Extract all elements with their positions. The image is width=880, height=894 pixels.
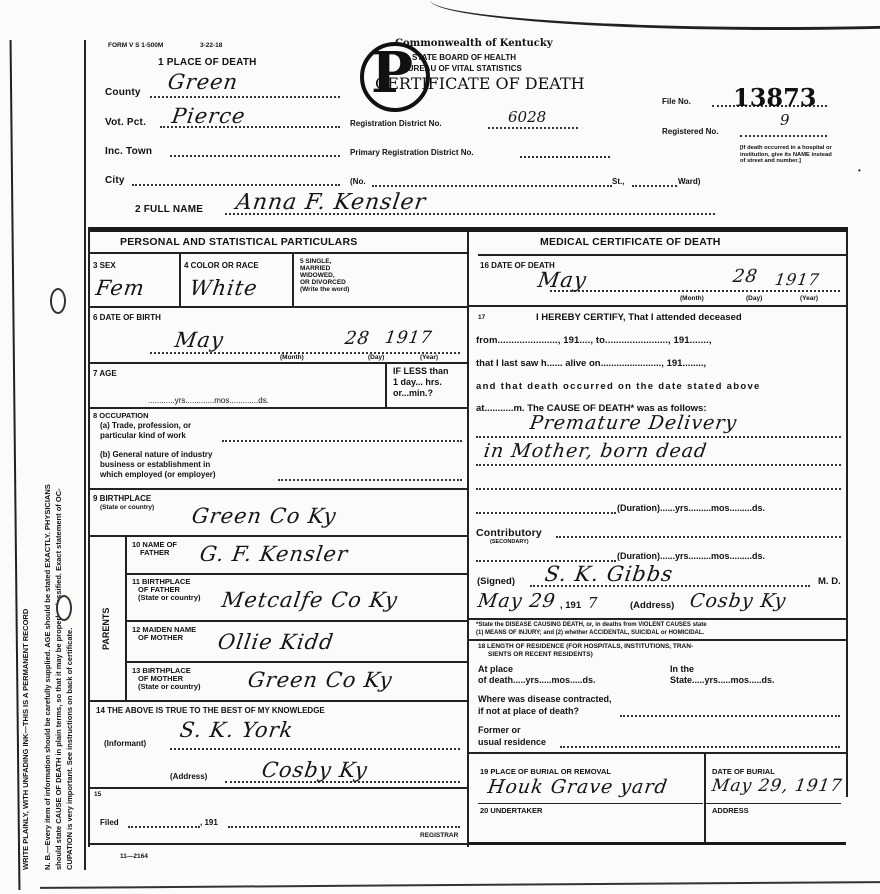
less-than-day: IF LESS than 1 day... hrs. or...min.? [393,366,449,399]
cell-divider [385,362,387,407]
dod-month[interactable]: May [536,268,588,292]
dob-line [150,352,460,354]
dob-day[interactable]: 28 [344,328,372,349]
signed-label: (Signed) [477,576,515,587]
month-label: (Month) [280,354,304,361]
commonwealth: Commonwealth of Kentucky [395,38,553,49]
divider [90,306,467,308]
dob-month[interactable]: May [173,328,225,352]
divider [90,362,467,364]
occupation-b-line [278,479,462,481]
stamp-letter: P [371,40,413,106]
birthplace-value[interactable]: Green Co Ky [190,504,338,528]
margin-rule [84,40,86,870]
county-line [150,96,340,98]
left-border [88,227,90,847]
margin-instruction-4: CUPATION is very important. See instruct… [66,628,73,870]
file-no-value[interactable]: 13873 [733,83,817,112]
dob-year[interactable]: 1917 [384,328,434,348]
label-line: (State or country) [132,594,201,602]
contracted-2: if not at place of death? [478,706,579,716]
footnote-1: *State the DISEASE CAUSING DEATH, or, in… [476,622,707,629]
duration-line [476,512,616,514]
contracted-line [620,715,840,717]
age-label: 7 AGE [93,369,117,378]
margin-mark: • [858,166,861,175]
divider [90,787,467,789]
margin-instruction-3: should state CAUSE OF DEATH in plain ter… [55,488,62,870]
color-value[interactable]: White [188,276,259,300]
sex-value[interactable]: Fem [94,276,146,300]
st-label: St., [612,177,624,186]
registrar-label: REGISTRAR [420,832,458,839]
form-date: 3-22-18 [200,42,222,49]
certify-text: I HEREBY CERTIFY, That I attended deceas… [536,312,742,323]
occupation-a-line [222,440,462,442]
signed-value[interactable]: S. K. Gibbs [543,562,675,586]
place-of-death-label: 1 PLACE OF DEATH [158,57,257,68]
certify-number: 17 [478,314,485,321]
former-1: Former or [478,725,521,735]
signed-year: , 191 [560,600,581,611]
less-than-line: 1 day... hrs. [393,377,449,388]
ward-line [632,185,677,187]
primary-registration-label: Primary Registration District No. [350,148,474,157]
no-label: (No. [350,177,366,186]
undertaker-address-label: ADDRESS [712,807,749,814]
burial-date-label: DATE OF BURIAL [712,768,775,775]
margin-rule [10,40,21,890]
less-than-line: IF LESS than [393,366,449,377]
informant-line [170,748,460,750]
informant-label: (Informant) [104,739,146,748]
marital-line: WIDOWED, [300,272,349,279]
burial-value[interactable]: Houk Grave yard [486,776,669,798]
mother-maiden-value[interactable]: Ollie Kidd [216,630,335,654]
occupation-b: (b) General nature of industry business … [100,450,216,480]
item-15: 15 [94,791,101,798]
vot-pct-value[interactable]: Pierce [170,104,247,128]
last-saw-line: that I last saw h...... alive on........… [476,358,706,369]
md-label: M. D. [818,576,841,587]
registered-no-line [740,135,827,137]
divider [90,407,467,409]
footnote-2: (1) MEANS OF INJURY; and (2) whether ACC… [476,630,704,637]
registered-no-label: Registered No. [662,127,718,136]
former-2: usual residence [478,737,546,747]
right-border [846,232,848,797]
father-name-value[interactable]: G. F. Kensler [198,542,349,566]
informant-value[interactable]: S. K. York [178,718,295,742]
margin-instruction-1: WRITE PLAINLY, WITH UNFADING INK—THIS IS… [22,609,29,870]
divider [90,535,467,537]
age-units: ............yrs.............mos.........… [148,396,269,405]
birthplace-sub: (State or country) [100,504,154,511]
mother-birthplace-label: 13 BIRTHPLACE OF MOTHER (State or countr… [132,667,201,691]
registered-no-value[interactable]: 9 [780,111,790,129]
personal-section-title: PERSONAL AND STATISTICAL PARTICULARS [120,236,357,248]
residence-heading-1: 18 LENGTH OF RESIDENCE (FOR HOSPITALS, I… [478,643,693,650]
vot-pct-label: Vot. Pct. [105,117,146,128]
divider [468,305,846,307]
cell-divider [704,752,706,842]
undertaker-label: 20 UNDERTAKER [480,807,542,814]
duration-1: (Duration)......yrs.........mos.........… [617,503,765,513]
divider [90,488,467,490]
sex-label: 3 SEX [93,261,116,270]
cell-divider [125,535,127,700]
medical-address-label: (Address) [630,600,674,611]
informant-heading: 14 THE ABOVE IS TRUE TO THE BEST OF MY K… [96,706,325,715]
inc-town-line [170,155,340,157]
from-line: from......................, 191...., to.… [476,335,712,346]
occupation-b-line: which employed (or employer) [100,470,216,480]
cause-line-2 [476,464,841,466]
county-value[interactable]: Green [166,70,240,94]
contracted-1: Where was disease contracted, [478,694,612,704]
registration-district-value[interactable]: 6028 [508,108,546,126]
medical-section-title: MEDICAL CERTIFICATE OF DEATH [540,236,721,248]
dod-line [550,290,840,292]
dod-year-label: (Year) [800,295,818,302]
divider [478,803,703,804]
marital-line: 5 SINGLE, [300,258,349,265]
divider [468,618,846,620]
file-no-label: File No. [662,97,691,106]
day-label: (Day) [368,354,384,361]
ward-label: Ward) [678,177,700,186]
birthplace-label: 9 BIRTHPLACE [93,494,151,503]
father-birthplace-label: 11 BIRTHPLACE OF FATHER (State or countr… [132,578,201,602]
mother-birthplace-value[interactable]: Green Co Ky [246,668,394,692]
divider [126,661,467,663]
contributory-line [556,536,841,538]
label-line: OF MOTHER [132,634,196,642]
cause-line-3 [476,488,841,490]
occupation-b-line: (b) General nature of industry [100,450,216,460]
dob-label: 6 DATE OF BIRTH [93,313,161,322]
punch-hole [56,595,72,621]
paper-edge-bottom [40,881,880,889]
burial-date-value[interactable]: May 29, 1917 [711,776,844,796]
county-label: County [105,87,141,98]
divider [90,700,467,702]
bureau: BUREAU OF VITAL STATISTICS [402,64,522,73]
medical-address-value[interactable]: Cosby Ky [688,590,787,612]
occupation-label: 8 OCCUPATION [93,412,149,419]
form-number: FORM V S 1-500M [108,42,163,49]
less-than-line: or...min.? [393,388,449,399]
cell-divider [179,254,181,306]
death-certificate: WRITE PLAINLY, WITH UNFADING INK—THIS IS… [0,0,880,894]
dod-year[interactable]: 1917 [774,270,821,289]
occurred-line: and that death occurred on the date stat… [476,381,761,392]
divider [90,843,467,845]
certificate-title: CERTIFICATE OF DEATH [375,74,585,93]
full-name-value[interactable]: Anna F. Kensler [234,190,428,215]
filed-line [128,826,200,828]
cause-value-2[interactable]: in Mother, born dead [482,440,708,462]
divider [478,254,846,256]
hospital-note: [If death occurred in a hospital or inst… [740,145,832,165]
label-line: (State or country) [132,683,201,691]
at-place: At place [478,664,513,674]
color-label: 4 COLOR OR RACE [184,261,259,270]
street-line [372,185,612,187]
cause-value-1[interactable]: Premature Delivery [528,412,738,434]
paper-edge [430,0,880,30]
center-divider [467,232,469,847]
divider [126,573,467,575]
signed-year-suffix[interactable]: 7 [588,594,598,612]
duration-2: (Duration)......yrs.........mos.........… [617,551,765,561]
marital-line: MARRIED [300,265,349,272]
divider [706,803,841,804]
dod-day-label: (Day) [746,295,762,302]
father-birthplace-value[interactable]: Metcalfe Co Ky [220,588,399,612]
label-line: FATHER [132,549,177,557]
in-the: In the [670,664,694,674]
punch-hole [50,288,66,314]
registration-district-line [488,127,578,129]
year-label: (Year) [420,354,438,361]
burial-label: 19 PLACE OF BURIAL OR REMOVAL [480,768,611,775]
dod-month-label: (Month) [680,295,704,302]
city-line [132,184,340,186]
divider [90,252,467,254]
registrar-line [228,826,460,828]
state-residence: State.....yrs.....mos.....ds. [670,675,775,685]
marital-line: (Write the word) [300,286,349,293]
mother-maiden-label: 12 MAIDEN NAME OF MOTHER [132,626,196,642]
father-name-label: 10 NAME OF FATHER [132,541,177,557]
filed-year: , 191 [200,818,218,827]
informant-address-value[interactable]: Cosby Ky [260,758,369,782]
contributory-label: Contributory [476,527,542,539]
full-name-label: 2 FULL NAME [135,204,203,215]
former-line [560,746,840,748]
state-board: STATE BOARD OF HEALTH [412,53,516,62]
occupation-a-line: (a) Trade, profession, or [100,421,191,431]
inc-town-label: Inc. Town [105,146,152,157]
dod-day[interactable]: 28 [732,266,760,287]
contributory-sub: (SECONDARY) [490,539,529,546]
occupation-a: (a) Trade, profession, or particular kin… [100,421,191,441]
of-death: of death.....yrs.....mos.....ds. [478,675,596,685]
occupation-b-line: business or establishment in [100,460,216,470]
residence-heading-2: SIENTS OR RECENT RESIDENTS) [488,651,593,658]
occupation-a-line: particular kind of work [100,431,191,441]
marital-label: 5 SINGLE, MARRIED WIDOWED, OR DIVORCED (… [300,258,349,293]
cause-line-1 [476,436,841,438]
divider [126,620,467,622]
registration-district-label: Registration District No. [350,119,442,128]
divider [468,639,846,641]
margin-instruction-2: N. B.—Every item of information should b… [44,484,51,870]
marital-line: OR DIVORCED [300,279,349,286]
divider [468,842,846,845]
signed-date[interactable]: May 29 [476,590,557,612]
cell-divider [292,254,294,306]
filed-label: Filed [100,818,119,827]
city-label: City [105,175,125,186]
informant-address-label: (Address) [170,772,207,781]
parents-label: PARENTS [101,608,111,650]
primary-registration-line [520,156,610,158]
form-code: 11—2164 [120,853,148,860]
divider [468,752,846,754]
